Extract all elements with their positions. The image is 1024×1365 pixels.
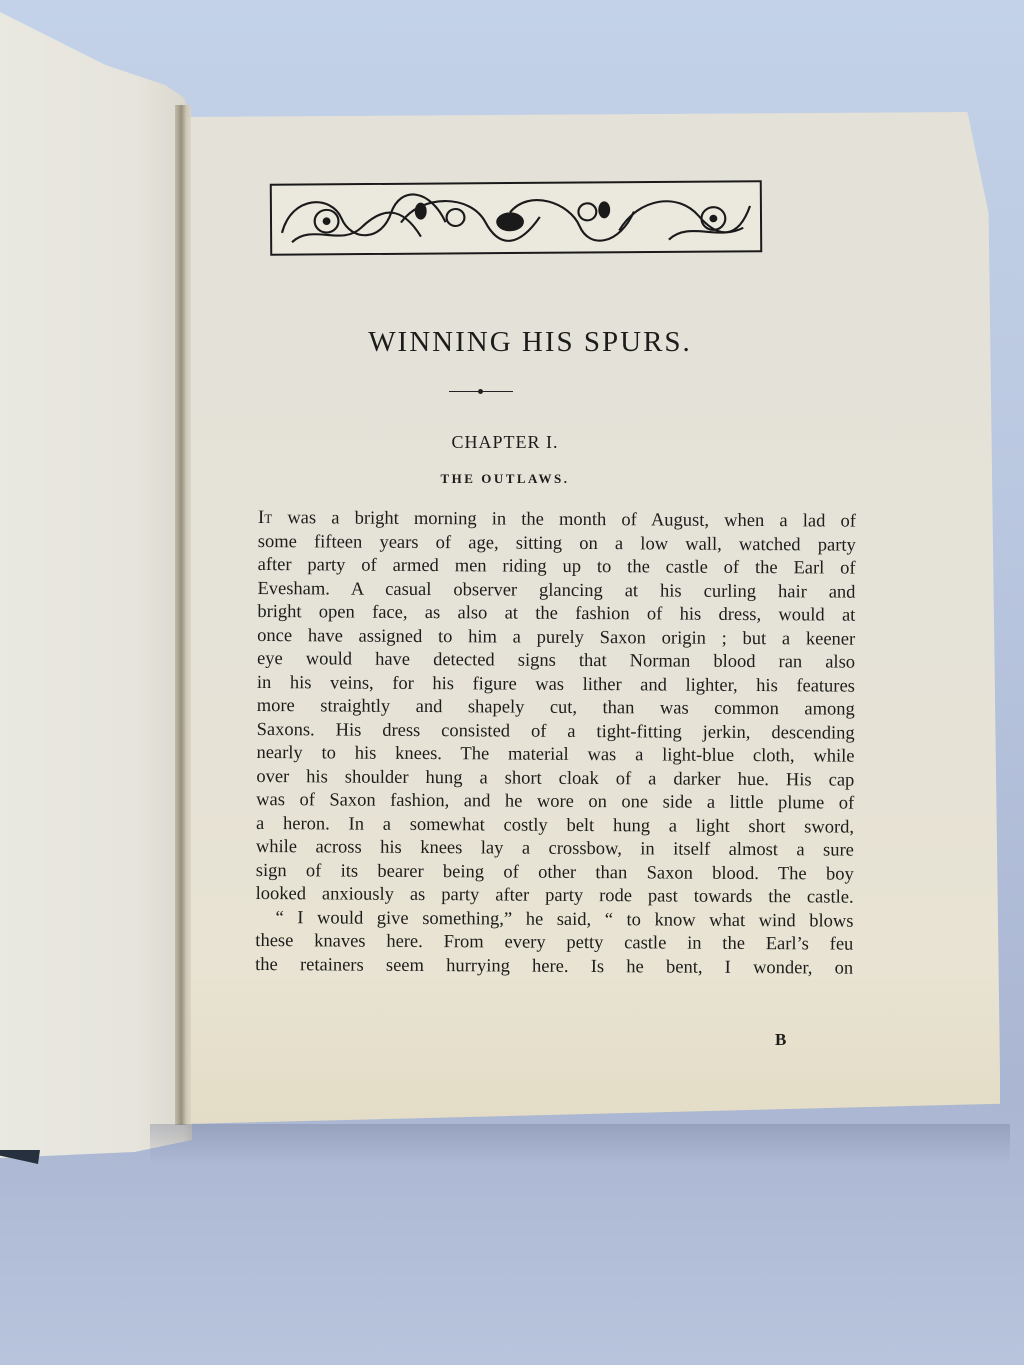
chapter-heading: CHAPTER I. [380, 432, 630, 453]
text-line: looked anxiously as party after party ro… [256, 883, 854, 910]
photo-scene: WINNING HIS SPURS. CHAPTER I. THE OUTLAW… [0, 0, 1024, 1365]
text-line: bright open face, as also at the fashion… [257, 601, 855, 628]
text-line: was of Saxon fashion, and he wore on one… [256, 789, 854, 816]
text-line: eye would have detected signs that Norma… [257, 648, 855, 675]
text-line: nearly to his knees. The material was a … [256, 742, 854, 769]
scrollwork-headpiece-icon [270, 180, 762, 255]
divider-dot-icon [478, 389, 483, 394]
dropcap: It [258, 507, 272, 528]
book-gutter [175, 105, 191, 1125]
signature-mark: B [775, 1030, 786, 1050]
text-line: after party of armed men riding up to th… [258, 554, 856, 581]
left-blank-page [0, 10, 192, 1160]
body-text: It was a bright morning in the month of … [255, 506, 856, 981]
text-line: more straightly and shapely cut, than wa… [257, 695, 855, 722]
text-line: the retainers seem hurrying here. Is he … [255, 953, 853, 980]
book-shadow [150, 1124, 1010, 1164]
chapter-title: THE OUTLAWS. [380, 471, 630, 487]
text-line: It was a bright morning in the month of … [258, 506, 856, 534]
book-title: WINNING HIS SPURS. [320, 326, 740, 359]
text-line: these knaves here. From every petty cast… [255, 930, 853, 957]
text-line: while across his knees lay a crossbow, i… [256, 836, 854, 863]
